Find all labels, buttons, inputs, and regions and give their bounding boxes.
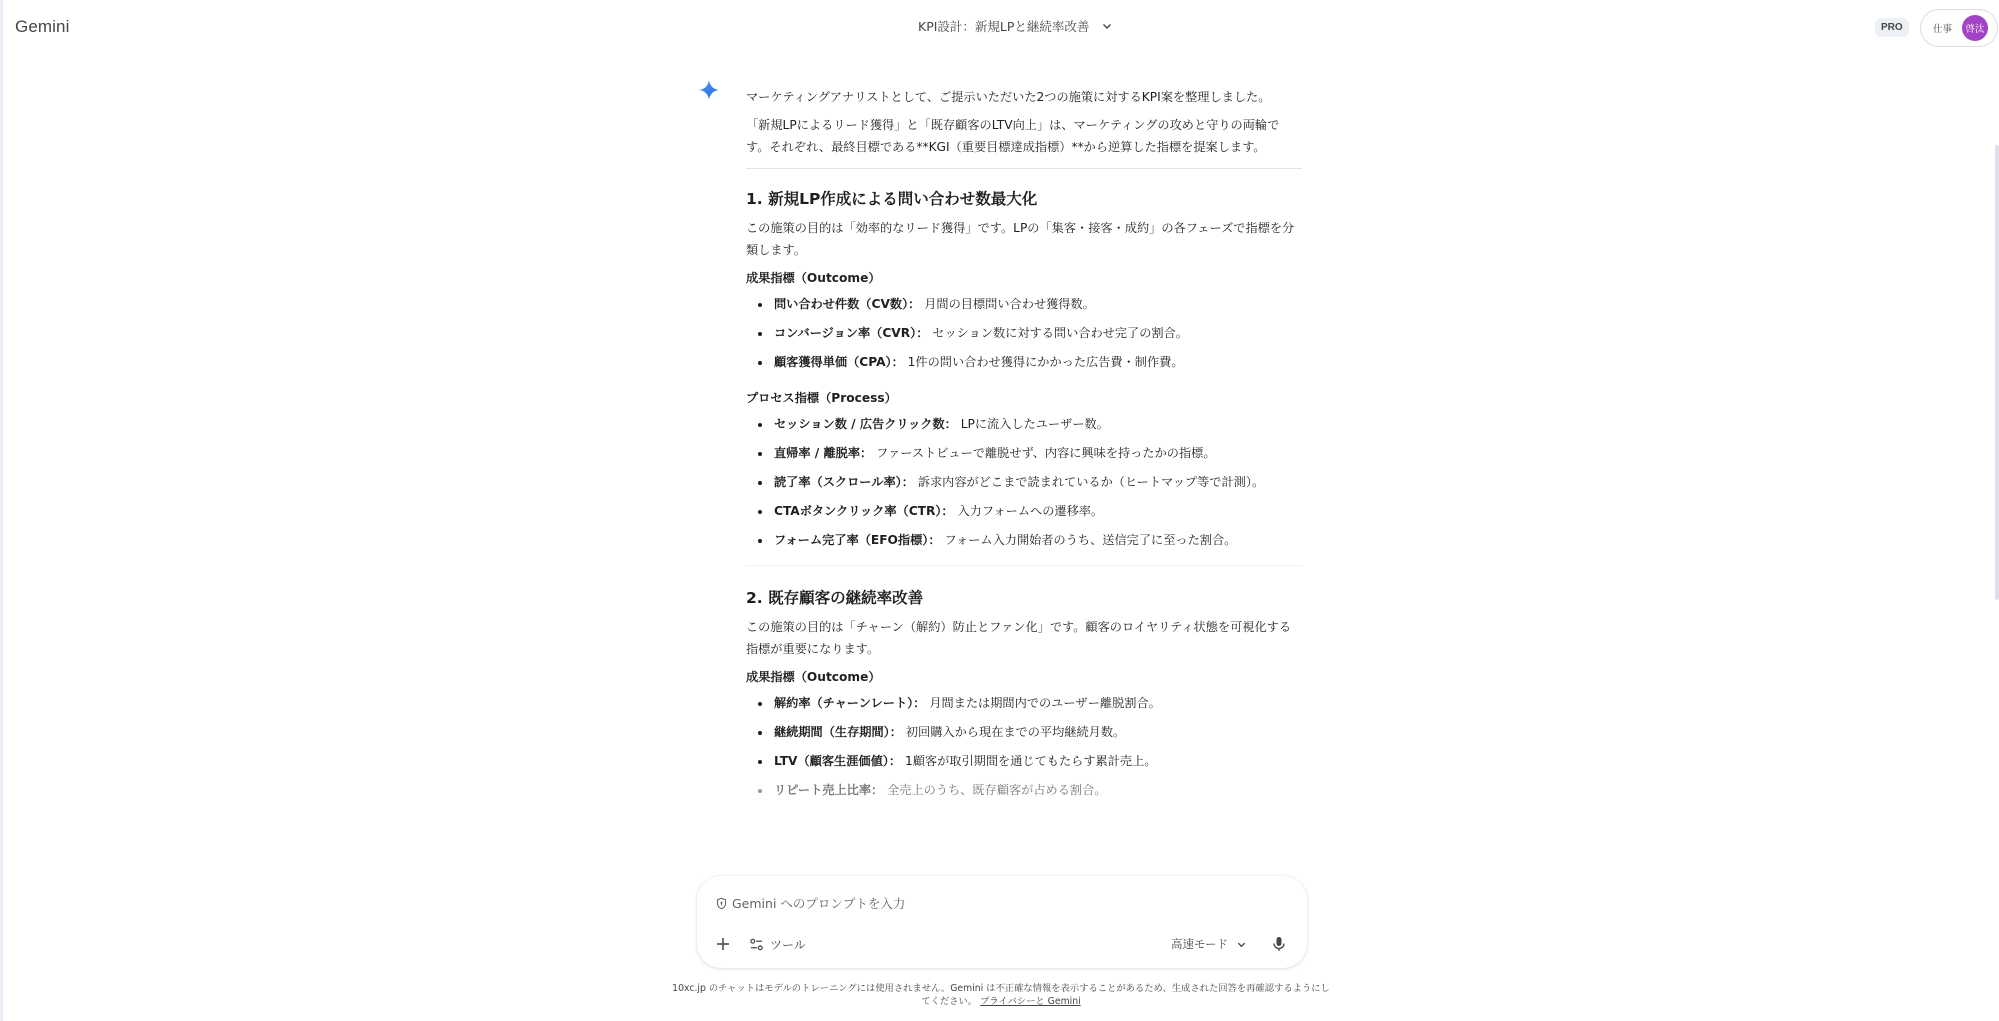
list-item: リピート売上比率： 全売上のうち、既存顧客が占める割合。 — [746, 779, 1302, 801]
mode-selector[interactable]: 高速モード — [1171, 932, 1247, 956]
chat-title-menu[interactable]: KPI設計：新規LPと継続率改善 — [918, 17, 1113, 35]
list-item: 解約率（チャーンレート）： 月間または期間内でのユーザー離脱割合。 — [746, 692, 1302, 714]
intro-paragraph: マーケティングアナリストとして、ご提示いただいた2つの施策に対するKPI案を整理… — [746, 86, 1302, 108]
group-heading-process: プロセス指標（Process） — [746, 387, 1302, 409]
shield-icon — [715, 897, 728, 910]
list-item: 問い合わせ件数（CV数）： 月間の目標問い合わせ獲得数。 — [746, 293, 1302, 315]
avatar[interactable]: 啓汰 — [1962, 15, 1988, 41]
tune-icon — [749, 937, 764, 952]
section-retention: 2. 既存顧客の継続率改善 この施策の目的は「チャーン（解約）防止とファン化」で… — [746, 586, 1302, 801]
prompt-input-row — [715, 892, 1275, 914]
brand-logo[interactable]: Gemini — [15, 17, 69, 37]
kpi-list-outcome: 解約率（チャーンレート）： 月間または期間内でのユーザー離脱割合。 継続期間（生… — [746, 692, 1302, 801]
workspace-label: 仕事 — [1933, 21, 1952, 35]
list-item: 継続期間（生存期間）： 初回購入から現在までの平均継続月数。 — [746, 721, 1302, 743]
model-response: マーケティングアナリストとして、ご提示いただいた2つの施策に対するKPI案を整理… — [746, 86, 1302, 815]
add-attachment-button[interactable] — [711, 932, 735, 956]
scroll-fade — [700, 840, 1320, 876]
footer-disclaimer: 10xc.jp のチャットはモデルのトレーニングには使用されません。Gemini… — [668, 983, 1334, 1008]
scrollbar-thumb[interactable] — [1995, 145, 1999, 600]
divider — [746, 168, 1302, 169]
chevron-down-icon — [1236, 939, 1247, 950]
list-item: コンバージョン率（CVR）： セッション数に対する問い合わせ完了の割合。 — [746, 322, 1302, 344]
list-item: セッション数 / 広告クリック数： LPに流入したユーザー数。 — [746, 413, 1302, 435]
prompt-input[interactable] — [732, 896, 1252, 911]
chevron-down-icon — [1101, 20, 1113, 32]
list-item: CTAボタンクリック率（CTR）： 入力フォームへの遷移率。 — [746, 500, 1302, 522]
tools-label: ツール — [770, 936, 806, 953]
account-switcher[interactable]: 仕事 啓汰 — [1920, 9, 1998, 47]
kpi-list-outcome: 問い合わせ件数（CV数）： 月間の目標問い合わせ獲得数。 コンバージョン率（CV… — [746, 293, 1302, 373]
kpi-list-process: セッション数 / 広告クリック数： LPに流入したユーザー数。 直帰率 / 離脱… — [746, 413, 1302, 551]
privacy-link[interactable]: プライバシーと Gemini — [980, 996, 1081, 1007]
section-description: この施策の目的は「効率的なリード獲得」です。LPの「集客・接客・成約」の各フェー… — [746, 217, 1302, 261]
prompt-composer: ツール 高速モード — [697, 876, 1307, 968]
section-title: 1. 新規LP作成による問い合わせ数最大化 — [746, 187, 1302, 211]
list-item: 読了率（スクロール率）： 訴求内容がどこまで読まれているか（ヒートマップ等で計測… — [746, 471, 1302, 493]
top-bar: Gemini KPI設計：新規LPと継続率改善 PRO 仕事 啓汰 — [0, 0, 1999, 56]
divider — [746, 565, 1302, 566]
list-item: フォーム完了率（EFO指標）： フォーム入力開始者のうち、送信完了に至った割合。 — [746, 529, 1302, 551]
microphone-button[interactable] — [1267, 932, 1291, 956]
gemini-sparkle-icon — [698, 79, 720, 101]
mic-icon — [1272, 936, 1286, 952]
section-description: この施策の目的は「チャーン（解約）防止とファン化」です。顧客のロイヤリティ状態を… — [746, 616, 1302, 660]
plus-icon — [716, 937, 730, 951]
group-heading-outcome: 成果指標（Outcome） — [746, 666, 1302, 688]
pro-badge: PRO — [1875, 18, 1909, 37]
list-item: LTV（顧客生涯価値）： 1顧客が取引期間を通じてもたらす累計売上。 — [746, 750, 1302, 772]
tools-button[interactable]: ツール — [749, 932, 806, 956]
sidebar-edge — [0, 0, 3, 1021]
chat-title: KPI設計：新規LPと継続率改善 — [918, 17, 1089, 35]
group-heading-outcome: 成果指標（Outcome） — [746, 267, 1302, 289]
mode-label: 高速モード — [1171, 936, 1228, 952]
gemini-app: Gemini KPI設計：新規LPと継続率改善 PRO 仕事 啓汰 マーケティン… — [0, 0, 1999, 1021]
section-new-lp: 1. 新規LP作成による問い合わせ数最大化 この施策の目的は「効率的なリード獲得… — [746, 187, 1302, 551]
list-item: 顧客獲得単価（CPA）： 1件の問い合わせ獲得にかかった広告費・制作費。 — [746, 351, 1302, 373]
list-item: 直帰率 / 離脱率： ファーストビューで離脱せず、内容に興味を持ったかの指標。 — [746, 442, 1302, 464]
section-title: 2. 既存顧客の継続率改善 — [746, 586, 1302, 610]
intro-paragraph-2: 「新規LPによるリード獲得」と「既存顧客のLTV向上」は、マーケティングの攻めと… — [746, 114, 1302, 158]
